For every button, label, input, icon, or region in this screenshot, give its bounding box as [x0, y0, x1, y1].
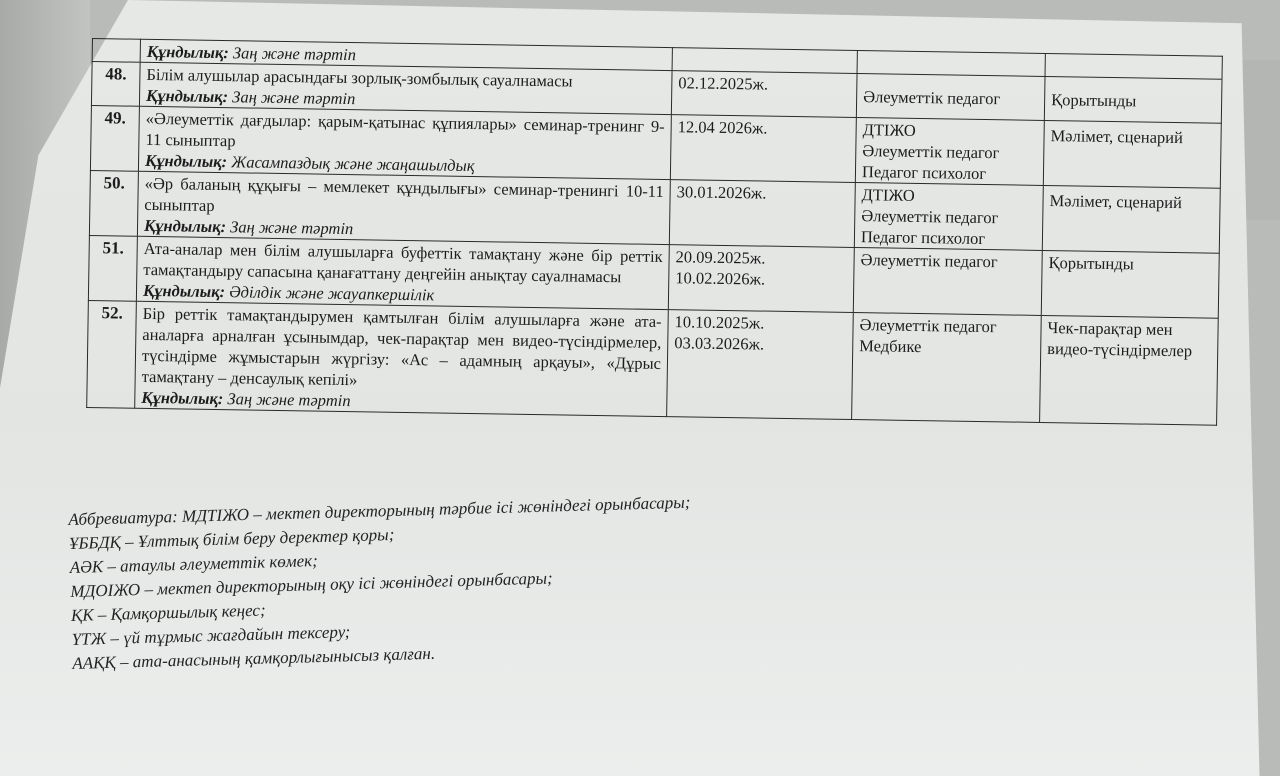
- date-text: 20.09.2025ж.: [675, 246, 847, 270]
- row-number-cell: 50.: [89, 170, 138, 236]
- activity-cell: Ата-аналар мен білім алушыларға буфеттік…: [136, 236, 669, 309]
- row-number-cell: 49.: [90, 105, 139, 171]
- result-cell: Мәлімет, сценарий: [1043, 120, 1221, 188]
- row-number-cell: 48.: [91, 62, 140, 107]
- responsible-text: Әлеуметтік педагог: [860, 249, 1035, 273]
- row-number-cell: [92, 39, 140, 63]
- background-page-right: [1240, 60, 1280, 220]
- result-cell: [1045, 53, 1222, 79]
- activity-cell: Бір реттік тамақтандырумен қамтылған біл…: [135, 301, 669, 416]
- responsible-text: Әлеуметтік педагог: [862, 140, 1037, 164]
- activity-cell: «Әлеуметтік дағдылар: қарым-қатынас құпи…: [138, 106, 671, 179]
- date-cell: 30.01.2026ж.: [669, 180, 855, 248]
- responsible-text: Әлеуметтік педагог: [859, 314, 1034, 338]
- responsible-cell: Әлеуметтік педагог: [853, 247, 1042, 315]
- date-text: 02.12.2025ж.: [678, 72, 850, 96]
- plan-table-container: Құндылық: Заң және тәртіп 48.Білім алушы…: [86, 38, 1222, 426]
- date-cell: 12.04 2026ж.: [670, 115, 856, 183]
- date-text: 30.01.2026ж.: [676, 181, 848, 205]
- activity-text: Бір реттік тамақтандырумен қамтылған біл…: [142, 303, 662, 395]
- responsible-text: Әлеуметтік педагог: [861, 205, 1036, 229]
- date-text: 03.03.2026ж.: [674, 332, 846, 356]
- result-cell: Чек-парақтар мен видео-түсіндірмелер: [1040, 315, 1219, 425]
- responsible-text: Медбике: [859, 335, 1034, 359]
- responsible-cell: ДТІЖОӘлеуметтік педагогПедагог психолог: [855, 118, 1044, 186]
- result-cell: Қорытынды: [1041, 250, 1219, 318]
- responsible-text: ДТІЖО: [862, 119, 1037, 143]
- row-number-cell: 51.: [88, 235, 137, 301]
- responsible-text: Педагог психолог: [862, 161, 1037, 185]
- table-row: 52.Бір реттік тамақтандырумен қамтылған …: [87, 300, 1219, 425]
- activity-cell: Білім алушылар арасындағы зорлық-зомбылы…: [139, 62, 672, 114]
- responsible-text: ДТІЖО: [861, 184, 1036, 208]
- date-text: 10.10.2025ж.: [674, 311, 846, 335]
- responsible-text: Әлеуметтік педагог: [863, 86, 1038, 110]
- value-line: Құндылық: Заң және тәртіп: [147, 42, 356, 64]
- date-cell: [672, 48, 857, 74]
- responsible-cell: Әлеуметтік педагогМедбике: [852, 312, 1042, 422]
- responsible-cell: ДТІЖОӘлеуметтік педагогПедагог психолог: [854, 183, 1043, 251]
- result-cell: Қорытынды: [1044, 76, 1222, 123]
- result-cell: Мәлімет, сценарий: [1042, 185, 1220, 253]
- responsible-cell: Әлеуметтік педагог: [856, 74, 1045, 121]
- responsible-cell: [857, 51, 1045, 77]
- row-number-cell: 52.: [87, 300, 137, 408]
- activity-cell: «Әр баланың құқығы – мемлекет құндылығы»…: [137, 171, 670, 244]
- date-text: 10.02.2026ж.: [675, 267, 847, 291]
- abbreviations-list: Аббревиатура: МДТІЖО – мектеп директорын…: [68, 491, 695, 676]
- plan-table: Құндылық: Заң және тәртіп 48.Білім алушы…: [86, 38, 1223, 426]
- date-cell: 20.09.2025ж.10.02.2026ж.: [668, 245, 854, 313]
- date-cell: 10.10.2025ж.03.03.2026ж.: [667, 310, 854, 420]
- date-cell: 02.12.2025ж.: [671, 71, 857, 118]
- responsible-text: Педагог психолог: [861, 226, 1036, 250]
- date-text: 12.04 2026ж.: [678, 116, 850, 140]
